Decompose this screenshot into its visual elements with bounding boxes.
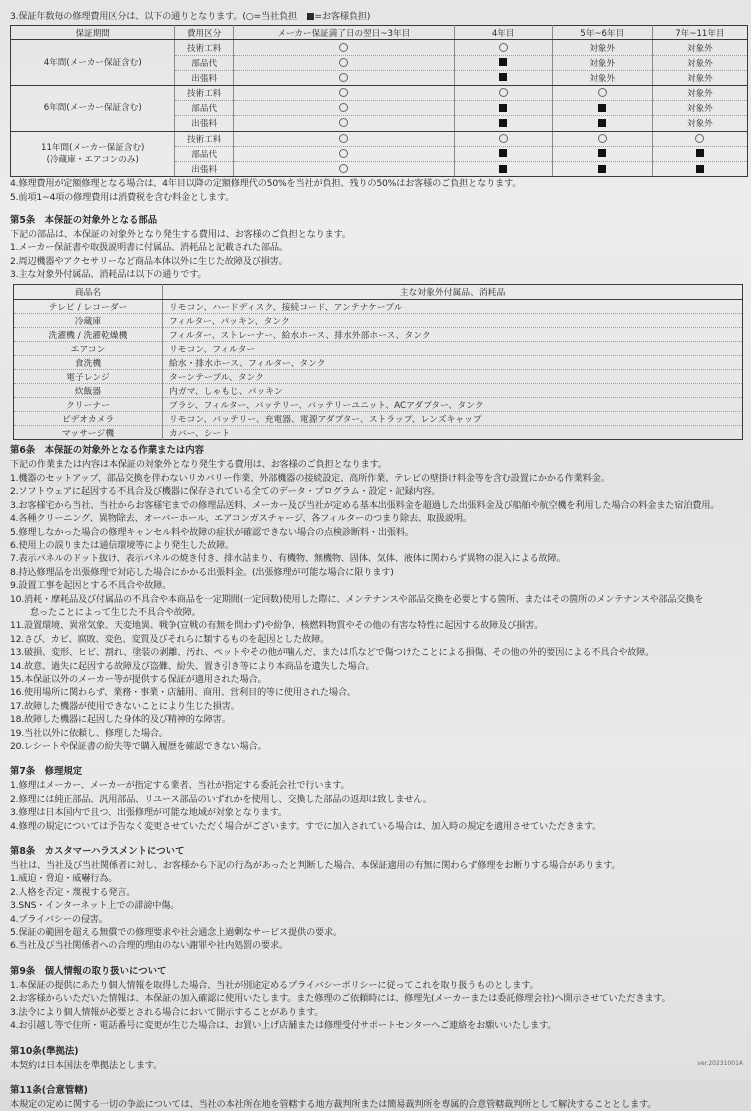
text-line: 3.法令により個人情報が必要とされる場合において開示することがあります。	[10, 1006, 748, 1019]
parts-table-row: クリーナーブラシ、フィルター、バッテリー、バッテリーユニット、ACアダプター、タ…	[14, 398, 743, 412]
warranty-period-cell: 11年間(メーカー保証含む)(冷蔵庫・エアコンのみ)	[11, 131, 175, 177]
article9-lines: 1.本保証の提供にあたり個人情報を取得した場合、当社が別途定めるプライバシーポリ…	[10, 979, 748, 1033]
excluded-parts-table: 商品名 主な対象外付属品、消耗品 テレビ / レコーダーリモコン、ハードディスク…	[13, 284, 743, 441]
not-covered-cell: 対象外	[652, 101, 747, 116]
text-line: 7.表示パネルのドット抜け、表示パネルの焼き付き、排水詰まり、有機物、無機物、固…	[10, 552, 748, 565]
text-line: 1.メーカー保証書や取扱説明書に付属品、消耗品と記載された部品。	[10, 241, 748, 254]
text-line: 17.故障した機器が使用できないことにより生じた損害。	[10, 700, 748, 713]
excluded-items-cell: 給水・排水ホース、フィルター、タンク	[163, 355, 743, 369]
not-covered-cell: 対象外	[552, 40, 652, 55]
circle-icon	[499, 43, 508, 52]
circle-icon	[339, 58, 348, 67]
excluded-items-cell: フィルター、パッキン、タンク	[163, 313, 743, 327]
excluded-items-cell: ターンテーブル、タンク	[163, 370, 743, 384]
article10-lines: 本契約は日本国法を準拠法とします。	[10, 1059, 748, 1072]
warranty-period-cell: 4年間(メーカー保証含む)	[11, 40, 175, 86]
excluded-items-cell: ブラシ、フィルター、バッテリー、バッテリーユニット、ACアダプター、タンク	[163, 398, 743, 412]
text-line: 16.使用場所に関わらず、業務・事業・店舗用、商用、営利目的等に使用された場合。	[10, 686, 748, 699]
company-pays-cell	[552, 131, 652, 146]
customer-pays-cell	[454, 146, 552, 161]
circle-icon	[339, 103, 348, 112]
cost-table-row: 11年間(メーカー保証含む)(冷蔵庫・エアコンのみ)技術工料	[11, 131, 748, 146]
cost-type-cell: 部品代	[175, 146, 233, 161]
cost-note-4: 4.修理費用が定額修理となる場合は、4年目以降の定額修理代の50%を当社が負担、…	[10, 177, 748, 190]
filled-square-icon	[499, 149, 507, 157]
text-line: 18.故障した機器に起因した身体的及び精神的な障害。	[10, 713, 748, 726]
circle-icon	[339, 149, 348, 158]
text-line: 6.当社及び当社関係者への合理的理由のない謝罪や社内処罰の要求。	[10, 939, 748, 952]
cost-type-cell: 部品代	[175, 101, 233, 116]
cost-type-cell: 出張料	[175, 70, 233, 85]
document-body: 3.保証年数毎の修理費用区分は、以下の通りとなります。(○=当社負担 ■=お客様…	[10, 10, 748, 1080]
text-line: 2.お客様からいただいた情報は、本保証の加入確認に使用いたします。また修理のご依…	[10, 992, 748, 1005]
company-pays-cell	[552, 85, 652, 100]
text-line: 3.お客様宅から当社、当社からお客様宅までの修理品送料、メーカー及び当社が定める…	[10, 499, 748, 512]
filled-square-icon	[696, 149, 704, 157]
cost-table-body: 4年間(メーカー保証含む)技術工料対象外対象外部品代対象外対象外出張料対象外対象…	[11, 40, 748, 177]
circle-icon	[339, 73, 348, 82]
text-line: 10.消耗・摩耗品及び付属品の不具合や本商品を一定期間(一定回数)使用した際に、…	[10, 593, 748, 606]
circle-icon	[499, 88, 508, 97]
header-years-5-6: 5年~6年目	[552, 26, 652, 40]
text-line: 6.使用上の誤りまたは通信環境等により発生した故障。	[10, 539, 748, 552]
text-line: 怠ったことによって生じた不具合や故障。	[10, 606, 748, 619]
period-sublabel: (冷蔵庫・エアコンのみ)	[11, 154, 174, 166]
cost-table-header: 保証期間 費用区分 メーカー保証満了日の翌日~3年目 4年目 5年~6年目 7年…	[11, 26, 748, 40]
parts-table-body: テレビ / レコーダーリモコン、ハードディスク、接続コード、アンテナケーブル冷蔵…	[14, 299, 743, 440]
excluded-items-cell: リモコン、バッテリー、充電器、電源アダプター、ストラップ、レンズキャップ	[163, 412, 743, 426]
circle-icon	[339, 134, 348, 143]
parts-table-row: ビデオカメラリモコン、バッテリー、充電器、電源アダプター、ストラップ、レンズキャ…	[14, 412, 743, 426]
parts-table-row: 洗濯機 / 洗濯乾燥機フィルター、ストレーナー、給水ホース、排水外部ホース、タン…	[14, 327, 743, 341]
text-line: 1.修理はメーカー、メーカーが指定する業者、当社が指定する委託会社で行います。	[10, 779, 748, 792]
text-line: 20.レシートや保証書の紛失等で購入履歴を確認できない場合。	[10, 740, 748, 753]
company-pays-cell	[233, 131, 454, 146]
text-line: 13.破損、変形、ヒビ、割れ、塗装の剥離、汚れ、ペットやその他が噛んだ、または爪…	[10, 646, 748, 659]
product-name-cell: エアコン	[14, 341, 163, 355]
customer-pays-cell	[552, 161, 652, 176]
article6-lines: 下記の作業または内容は本保証の対象外となり発生する費用は、お客様のご負担となりま…	[10, 458, 748, 753]
article7-title: 第7条 修理規定	[10, 765, 748, 779]
company-pays-cell	[233, 55, 454, 70]
cost-type-cell: 出張料	[175, 161, 233, 176]
text-line: 1.本保証の提供にあたり個人情報を取得した場合、当社が別途定めるプライバシーポリ…	[10, 979, 748, 992]
filled-square-icon	[499, 58, 507, 66]
text-line: 1.威迫・脅迫・威嚇行為。	[10, 872, 748, 885]
article5-title: 第5条 本保証の対象外となる部品	[10, 214, 748, 228]
cost-type-cell: 出張料	[175, 116, 233, 131]
parts-table-row: エアコンリモコン、フィルター	[14, 341, 743, 355]
product-name-cell: 電子レンジ	[14, 370, 163, 384]
article8-lines: 当社は、当社及び当社関係者に対し、お客様から下記の行為があったと判断した場合、本…	[10, 859, 748, 953]
text-line: 下記の部品は、本保証の対象外となり発生する費用は、お客様のご負担となります。	[10, 228, 748, 241]
customer-pays-cell	[552, 101, 652, 116]
circle-icon	[598, 134, 607, 143]
parts-table-header: 商品名 主な対象外付属品、消耗品	[14, 284, 743, 299]
filled-square-icon	[598, 104, 606, 112]
not-covered-cell: 対象外	[552, 70, 652, 85]
article8-title: 第8条 カスタマーハラスメントについて	[10, 845, 748, 859]
company-pays-cell	[233, 85, 454, 100]
cost-type-cell: 技術工料	[175, 131, 233, 146]
product-name-cell: テレビ / レコーダー	[14, 299, 163, 313]
period-label: 6年間(メーカー保証含む)	[11, 102, 174, 114]
period-label: 4年間(メーカー保証含む)	[11, 57, 174, 69]
text-line: 4.各種クリーニング、異物除去、オーバーホール、エアコンガスチャージ、各フィルタ…	[10, 512, 748, 525]
cost-note-5: 5.前項1~4項の修理費用は消費税を含む料金とします。	[10, 191, 748, 204]
customer-pays-cell	[454, 101, 552, 116]
text-line: 2.人格を否定・蔑視する発言。	[10, 886, 748, 899]
text-line: 14.故意、過失に起因する故障及び盗難、紛失、置き引き等により本商品を遺失した場…	[10, 660, 748, 673]
text-line: 本契約は日本国法を準拠法とします。	[10, 1059, 748, 1072]
header-cost-type: 費用区分	[175, 26, 233, 40]
company-pays-cell	[454, 40, 552, 55]
period-label: 11年間(メーカー保証含む)	[11, 142, 174, 154]
cost-type-cell: 技術工料	[175, 85, 233, 100]
text-line: 3.主な対象外付属品、消耗品は以下の通りです。	[10, 268, 748, 281]
article5-lines: 下記の部品は、本保証の対象外となり発生する費用は、お客様のご負担となります。1.…	[10, 228, 748, 282]
header-years-1-3: メーカー保証満了日の翌日~3年目	[233, 26, 454, 40]
warranty-terms-document: 3.保証年数毎の修理費用区分は、以下の通りとなります。(○=当社負担 ■=お客様…	[0, 0, 751, 1080]
text-line: 2.ソフトウェアに起因する不具合及び機器に保存されている全てのデータ・プログラム…	[10, 485, 748, 498]
text-line: 3.修理は日本国内で且つ、出張修理が可能な地域が対象となります。	[10, 806, 748, 819]
company-pays-cell	[233, 101, 454, 116]
customer-pays-cell	[454, 55, 552, 70]
customer-pays-cell	[652, 146, 747, 161]
excluded-items-cell: リモコン、ハードディスク、接続コード、アンテナケーブル	[163, 299, 743, 313]
filled-square-icon	[499, 104, 507, 112]
excluded-items-cell: フィルター、ストレーナー、給水ホース、排水外部ホース、タンク	[163, 327, 743, 341]
filled-square-icon	[598, 149, 606, 157]
company-pays-cell	[454, 85, 552, 100]
circle-icon	[339, 164, 348, 173]
company-pays-cell	[233, 161, 454, 176]
article10-title: 第10条(準拠法)	[10, 1045, 748, 1059]
filled-square-icon	[598, 165, 606, 173]
customer-pays-cell	[454, 116, 552, 131]
cost-type-cell: 技術工料	[175, 40, 233, 55]
parts-table-row: テレビ / レコーダーリモコン、ハードディスク、接続コード、アンテナケーブル	[14, 299, 743, 313]
repair-cost-table: 保証期間 費用区分 メーカー保証満了日の翌日~3年目 4年目 5年~6年目 7年…	[10, 25, 748, 177]
product-name-cell: 冷蔵庫	[14, 313, 163, 327]
filled-square-icon	[598, 119, 606, 127]
text-line: 2.修理には純正部品、汎用部品、リユース部品のいずれかを使用し、交換した部品の返…	[10, 793, 748, 806]
company-pays-cell	[233, 116, 454, 131]
circle-icon	[598, 88, 607, 97]
circle-icon	[499, 134, 508, 143]
circle-icon	[339, 43, 348, 52]
customer-pays-cell	[652, 161, 747, 176]
circle-icon	[339, 118, 348, 127]
product-name-cell: 洗濯機 / 洗濯乾燥機	[14, 327, 163, 341]
cost-intro: 3.保証年数毎の修理費用区分は、以下の通りとなります。(○=当社負担 ■=お客様…	[10, 10, 748, 23]
product-name-cell: ビデオカメラ	[14, 412, 163, 426]
text-line: 19.当社以外に依頼し、修理した場合。	[10, 727, 748, 740]
text-line: 4.修理の規定については予告なく変更させていただく場合がございます。すでに加入さ…	[10, 820, 748, 833]
filled-square-icon	[696, 165, 704, 173]
company-pays-cell	[652, 131, 747, 146]
article7-lines: 1.修理はメーカー、メーカーが指定する業者、当社が指定する委託会社で行います。2…	[10, 779, 748, 833]
company-pays-cell	[233, 40, 454, 55]
customer-pays-cell	[454, 161, 552, 176]
company-pays-cell	[233, 146, 454, 161]
text-line: 3.SNS・インターネット上での誹謗中傷。	[10, 899, 748, 912]
customer-pays-cell	[552, 146, 652, 161]
header-product: 商品名	[14, 284, 163, 299]
text-line: 下記の作業または内容は本保証の対象外となり発生する費用は、お客様のご負担となりま…	[10, 458, 748, 471]
text-line: 5.修理しなかった場合の修理キャンセル料や故障の症状が確認できない場合の点検診断…	[10, 526, 748, 539]
not-covered-cell: 対象外	[652, 116, 747, 131]
circle-icon	[695, 134, 704, 143]
parts-table-row: マッサージ機カバー、シート	[14, 426, 743, 440]
not-covered-cell: 対象外	[652, 85, 747, 100]
not-covered-cell: 対象外	[652, 70, 747, 85]
warranty-period-cell: 6年間(メーカー保証含む)	[11, 85, 175, 131]
product-name-cell: マッサージ機	[14, 426, 163, 440]
customer-pays-cell	[552, 116, 652, 131]
filled-square-icon	[499, 165, 507, 173]
text-line: 2.周辺機器やアクセサリーなど商品本体以外に生じた故障及び損害。	[10, 255, 748, 268]
text-line: 8.持込修理品を出張修理で対応した場合にかかる出張料金。(出張修理が可能な場合に…	[10, 566, 748, 579]
product-name-cell: クリーナー	[14, 398, 163, 412]
cost-table-row: 4年間(メーカー保証含む)技術工料対象外対象外	[11, 40, 748, 55]
cost-type-cell: 部品代	[175, 55, 233, 70]
text-line: 11.設置環境、異常気象、天変地異、戦争(宣戦の有無を問わず)や紛争、核燃料物質…	[10, 619, 748, 632]
text-line: 当社は、当社及び当社関係者に対し、お客様から下記の行為があったと判断した場合、本…	[10, 859, 748, 872]
text-line: 9.設置工事を起因とする不具合や故障。	[10, 579, 748, 592]
excluded-items-cell: リモコン、フィルター	[163, 341, 743, 355]
company-pays-cell	[454, 131, 552, 146]
not-covered-cell: 対象外	[652, 40, 747, 55]
header-year-4: 4年目	[454, 26, 552, 40]
text-line: 15.本保証以外のメーカー等が提供する保証が適用された場合。	[10, 673, 748, 686]
parts-table-row: 冷蔵庫フィルター、パッキン、タンク	[14, 313, 743, 327]
header-excluded-items: 主な対象外付属品、消耗品	[163, 284, 743, 299]
text-line: 1.機器のセットアップ、部品交換を伴わないリカバリー作業、外部機器の接続設定、高…	[10, 472, 748, 485]
excluded-items-cell: カバー、シート	[163, 426, 743, 440]
excluded-items-cell: 内ガマ、しゃもじ、パッキン	[163, 384, 743, 398]
filled-square-icon	[499, 73, 507, 81]
circle-icon	[339, 88, 348, 97]
header-period: 保証期間	[11, 26, 175, 40]
parts-table-row: 食洗機給水・排水ホース、フィルター、タンク	[14, 355, 743, 369]
version-label: ver.20231001A	[697, 1060, 743, 1067]
parts-table-row: 電子レンジターンテーブル、タンク	[14, 370, 743, 384]
text-line: 12.さび、カビ、腐敗、変色、変質及びそれらに類するものを起因とした故障。	[10, 633, 748, 646]
article9-title: 第9条 個人情報の取り扱いについて	[10, 965, 748, 979]
company-pays-cell	[233, 70, 454, 85]
text-line: 5.保証の範囲を超える無償での修理要求や社会通念上過剰なサービス提供の要求。	[10, 926, 748, 939]
not-covered-cell: 対象外	[552, 55, 652, 70]
parts-table-row: 炊飯器内ガマ、しゃもじ、パッキン	[14, 384, 743, 398]
customer-pays-cell	[454, 70, 552, 85]
product-name-cell: 炊飯器	[14, 384, 163, 398]
article6-title: 第6条 本保証の対象外となる作業または内容	[10, 444, 748, 458]
cost-table-row: 6年間(メーカー保証含む)技術工料対象外	[11, 85, 748, 100]
text-line: 4.プライバシーの侵害。	[10, 913, 748, 926]
header-years-7-11: 7年~11年目	[652, 26, 747, 40]
text-line: 4.お引越し等で住所・電話番号に変更が生じた場合は、お買い上げ店舗または修理受付…	[10, 1019, 748, 1032]
product-name-cell: 食洗機	[14, 355, 163, 369]
not-covered-cell: 対象外	[652, 55, 747, 70]
filled-square-icon	[499, 119, 507, 127]
